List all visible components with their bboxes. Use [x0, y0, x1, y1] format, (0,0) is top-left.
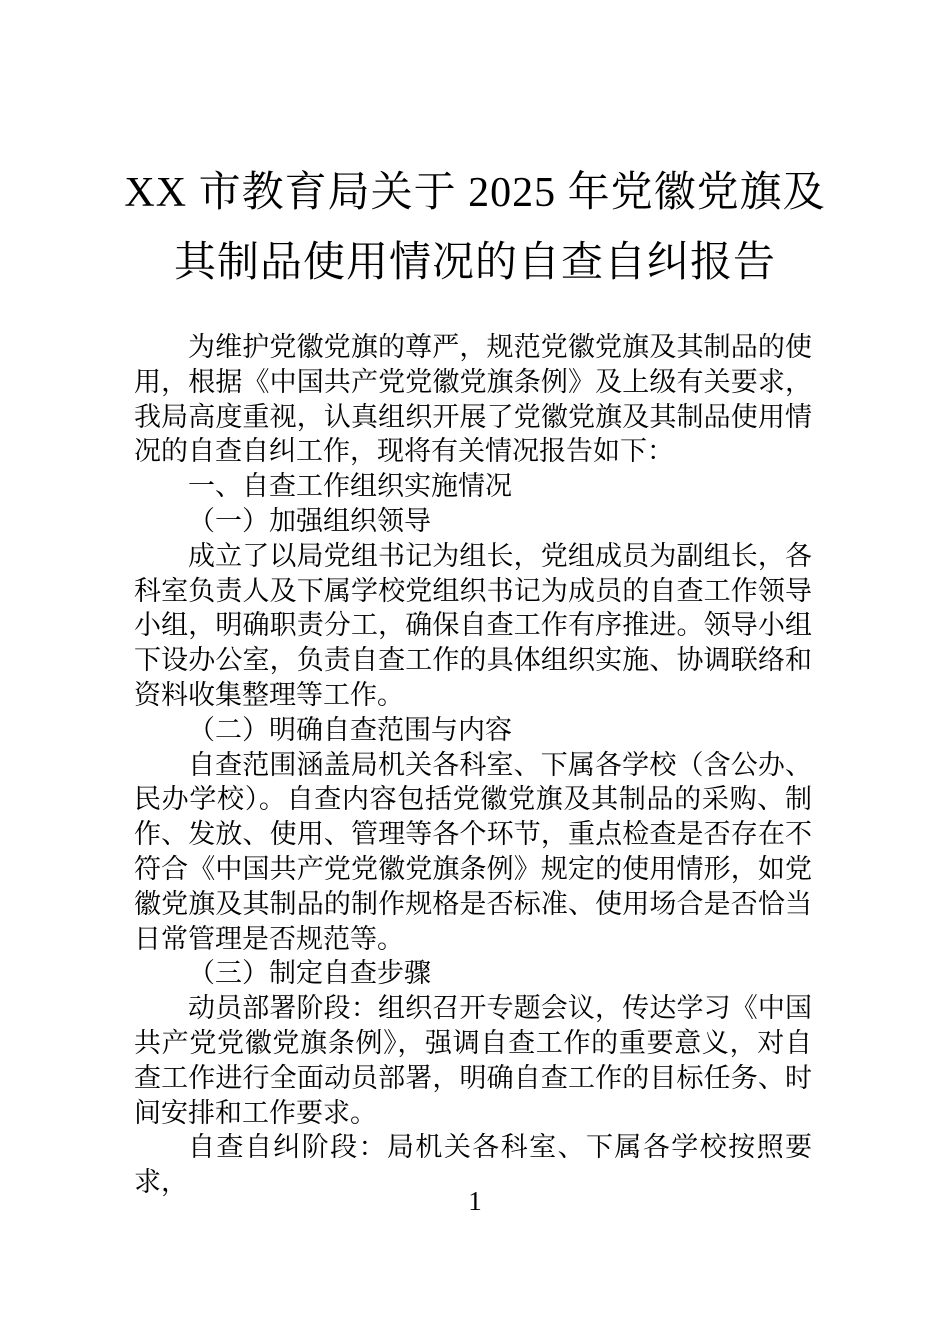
document-page: XX 市教育局关于 2025 年党徽党旗及其制品使用情况的自查自纠报告 为维护党…: [0, 0, 950, 1344]
section-heading: （三）制定自查步骤: [134, 956, 812, 991]
page-number: 1: [0, 1186, 950, 1217]
paragraph: 成立了以局党组书记为组长，党组成员为副组长，各科室负责人及下属学校党组织书记为成…: [134, 539, 812, 713]
document-title: XX 市教育局关于 2025 年党徽党旗及其制品使用情况的自查自纠报告: [120, 158, 830, 298]
paragraph: 自查范围涵盖局机关各科室、下属各学校（含公办、民办学校）。自查内容包括党徽党旗及…: [134, 748, 812, 957]
document-body: 为维护党徽党旗的尊严，规范党徽党旗及其制品的使用，根据《中国共产党党徽党旗条例》…: [134, 330, 812, 1200]
paragraph: 动员部署阶段：组织召开专题会议，传达学习《中国共产党党徽党旗条例》，强调自查工作…: [134, 991, 812, 1130]
section-heading: 一、自查工作组织实施情况: [134, 469, 812, 504]
paragraph: 为维护党徽党旗的尊严，规范党徽党旗及其制品的使用，根据《中国共产党党徽党旗条例》…: [134, 330, 812, 469]
section-heading: （一）加强组织领导: [134, 504, 812, 539]
section-heading: （二）明确自查范围与内容: [134, 713, 812, 748]
